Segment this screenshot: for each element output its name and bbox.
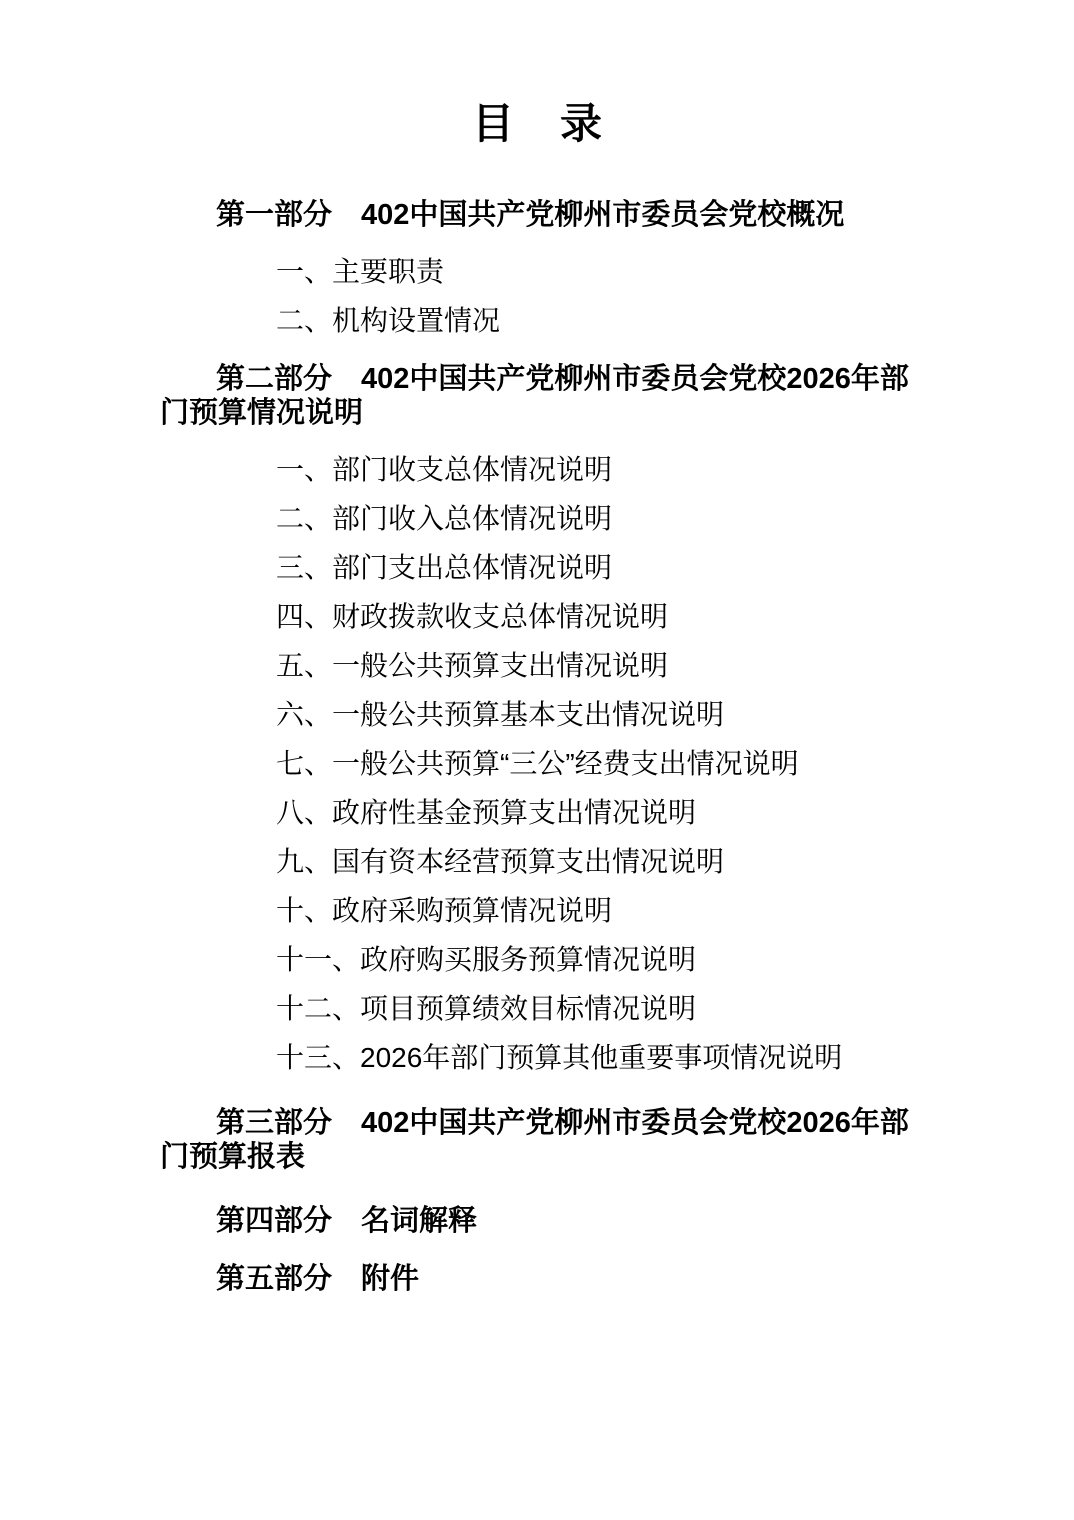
toc-item: 五、一般公共预算支出情况说明 bbox=[160, 641, 916, 690]
toc-items-part1: 一、主要职责 二、机构设置情况 bbox=[160, 247, 916, 345]
toc-item: 九、国有资本经营预算支出情况说明 bbox=[160, 837, 916, 886]
page-title: 目 录 bbox=[160, 100, 916, 150]
toc-section-part1: 第一部分 402中国共产党柳州市委员会党校概况 一、主要职责 二、机构设置情况 bbox=[160, 198, 916, 345]
toc-item: 四、财政拨款收支总体情况说明 bbox=[160, 592, 916, 641]
toc-section-part5: 第五部分 附件 bbox=[160, 1262, 916, 1296]
document-page: 目 录 第一部分 402中国共产党柳州市委员会党校概况 一、主要职责 二、机构设… bbox=[0, 0, 1074, 1520]
toc-item: 一、部门收支总体情况说明 bbox=[160, 445, 916, 494]
toc-item: 三、部门支出总体情况说明 bbox=[160, 543, 916, 592]
toc-heading-part4: 第四部分 名词解释 bbox=[160, 1204, 916, 1238]
toc-heading-part5: 第五部分 附件 bbox=[160, 1262, 916, 1296]
toc-item: 二、机构设置情况 bbox=[160, 296, 916, 345]
toc-item: 十一、政府购买服务预算情况说明 bbox=[160, 935, 916, 984]
toc-heading-part2: 第二部分 402中国共产党柳州市委员会党校2026年部门预算情况说明 bbox=[160, 362, 916, 430]
toc-section-part3: 第三部分 402中国共产党柳州市委员会党校2026年部门预算报表 bbox=[160, 1106, 916, 1174]
toc-item: 八、政府性基金预算支出情况说明 bbox=[160, 788, 916, 837]
toc-items-part2: 一、部门收支总体情况说明 二、部门收入总体情况说明 三、部门支出总体情况说明 四… bbox=[160, 445, 916, 1082]
toc-item: 十、政府采购预算情况说明 bbox=[160, 886, 916, 935]
toc-item: 十三、2026年部门预算其他重要事项情况说明 bbox=[160, 1033, 916, 1082]
toc-section-part2: 第二部分 402中国共产党柳州市委员会党校2026年部门预算情况说明 一、部门收… bbox=[160, 362, 916, 1082]
toc-section-part4: 第四部分 名词解释 bbox=[160, 1204, 916, 1238]
toc-item: 七、一般公共预算“三公”经费支出情况说明 bbox=[160, 739, 916, 788]
toc-item: 十二、项目预算绩效目标情况说明 bbox=[160, 984, 916, 1033]
toc-heading-part1: 第一部分 402中国共产党柳州市委员会党校概况 bbox=[160, 198, 916, 232]
toc-item: 二、部门收入总体情况说明 bbox=[160, 494, 916, 543]
toc-item: 一、主要职责 bbox=[160, 247, 916, 296]
toc-heading-part3: 第三部分 402中国共产党柳州市委员会党校2026年部门预算报表 bbox=[160, 1106, 916, 1174]
toc-item: 六、一般公共预算基本支出情况说明 bbox=[160, 690, 916, 739]
